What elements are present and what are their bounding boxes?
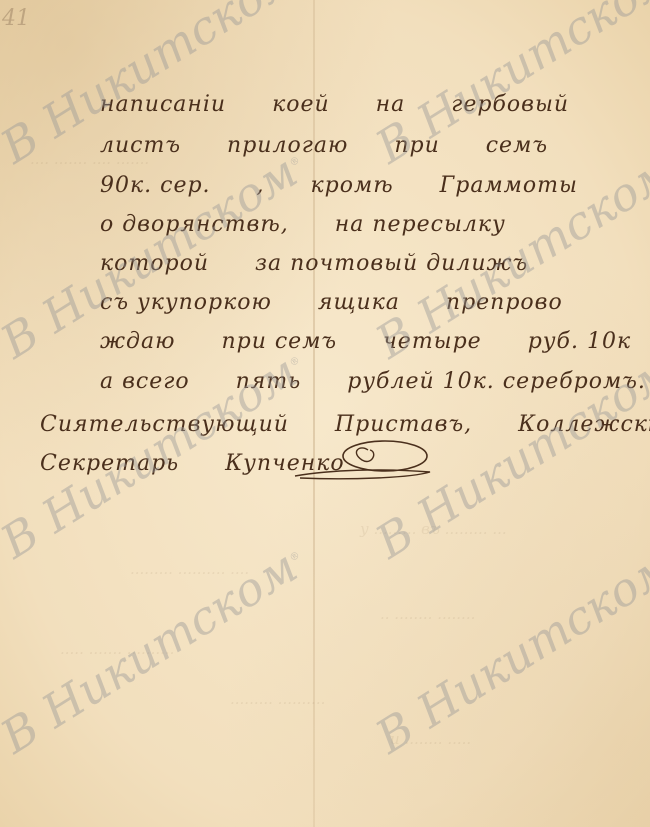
handwritten-word: рублей 10к. серебромъ. bbox=[347, 369, 646, 394]
handwritten-word: прилогаю bbox=[227, 133, 348, 158]
handwritten-word: кромѣ bbox=[311, 173, 394, 198]
corner-page-mark: 41 bbox=[2, 6, 30, 31]
handwritten-word: Секретарь bbox=[40, 451, 179, 476]
handwritten-line: а всего пять рублей 10к. серебромъ. bbox=[100, 369, 646, 394]
handwritten-line: листъ прилогаю при семъ bbox=[100, 133, 548, 158]
handwritten-word: ящика bbox=[318, 290, 400, 315]
handwritten-line: съ укупоркою ящика препрово bbox=[100, 290, 563, 315]
handwritten-word: ждаю bbox=[100, 329, 175, 354]
handwritten-word: гербовый bbox=[451, 92, 569, 117]
handwritten-word: на пересылку bbox=[335, 212, 506, 237]
handwritten-word: четыре bbox=[383, 329, 482, 354]
handwritten-word: а всего bbox=[100, 369, 190, 394]
handwritten-line: которой за почтовый дилижъ bbox=[100, 251, 528, 276]
handwritten-line: ждаю при семъ четыре руб. 10к bbox=[100, 329, 631, 354]
handwritten-word: на bbox=[376, 92, 406, 117]
document-page: 41 .... ....... .... ....... у .........… bbox=[0, 0, 650, 827]
handwritten-word: коей bbox=[272, 92, 330, 117]
handwritten-word: написаніи bbox=[100, 92, 226, 117]
handwritten-word: за почтовый дилижъ bbox=[255, 251, 528, 276]
handwritten-word: руб. 10к bbox=[528, 329, 631, 354]
handwritten-word: 90к. сер. bbox=[100, 173, 211, 198]
handwritten-line: Сиятельствующий Приставъ, Коллежскій bbox=[40, 412, 650, 437]
handwritten-word: Сиятельствующий bbox=[40, 412, 289, 437]
signature-flourish-icon bbox=[290, 438, 440, 483]
handwritten-word: Приставъ, bbox=[335, 412, 472, 437]
handwritten-word: , bbox=[257, 173, 265, 198]
handwritten-word: Граммоты bbox=[440, 173, 578, 198]
handwritten-word: при семъ bbox=[221, 329, 337, 354]
handwritten-word: Коллежскій bbox=[518, 412, 650, 437]
handwritten-word: препрово bbox=[446, 290, 563, 315]
handwritten-word: которой bbox=[100, 251, 209, 276]
handwritten-word: семъ bbox=[486, 133, 548, 158]
handwritten-line: о дворянствѣ, на пересылку bbox=[100, 212, 506, 237]
handwritten-word: листъ bbox=[100, 133, 181, 158]
handwritten-word: пять bbox=[236, 369, 302, 394]
handwritten-word: о дворянствѣ, bbox=[100, 212, 289, 237]
handwritten-word: съ укупоркою bbox=[100, 290, 272, 315]
handwritten-line: написаніи коей на гербовый bbox=[100, 92, 569, 117]
handwritten-line: 90к. сер. , кромѣ Граммоты bbox=[100, 173, 578, 198]
handwritten-word: при bbox=[394, 133, 439, 158]
